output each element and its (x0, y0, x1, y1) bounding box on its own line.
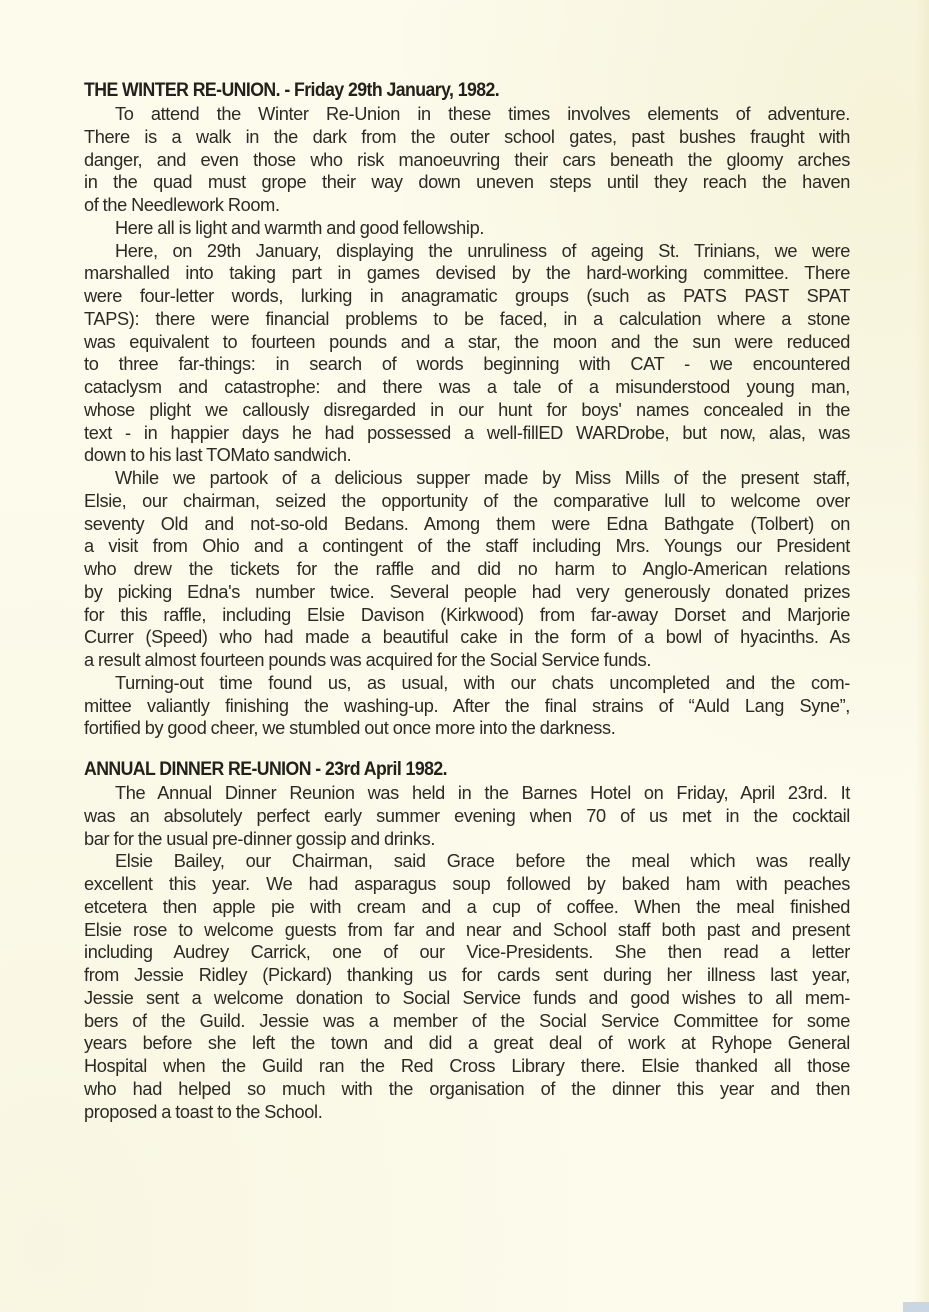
paragraph: Here, on 29th January, displaying the un… (84, 240, 850, 468)
text-line: To attend the Winter Re-Union in these t… (84, 103, 850, 126)
text-line: bar for the usual pre-dinner gossip and … (84, 828, 850, 851)
text-line: text - in happier days he had possessed … (84, 422, 850, 445)
text-line: excellent this year. We had asparagus so… (84, 873, 850, 896)
article-section: ANNUAL DINNER RE-UNION - 23rd April 1982… (84, 758, 850, 1123)
page-edge-shadow (915, 0, 929, 1312)
text-line: Elsie rose to welcome guests from far an… (84, 919, 850, 942)
text-line: who drew the tickets for the raffle and … (84, 558, 850, 581)
text-line: to three far-things: in search of words … (84, 353, 850, 376)
text-line: from Jessie Ridley (Pickard) thanking us… (84, 964, 850, 987)
text-line: years before she left the town and did a… (84, 1032, 850, 1055)
text-line: was equivalent to fourteen pounds and a … (84, 331, 850, 354)
text-line: The Annual Dinner Reunion was held in th… (84, 782, 850, 805)
text-line: Here all is light and warmth and good fe… (84, 217, 850, 240)
text-line: While we partook of a delicious supper m… (84, 467, 850, 490)
text-line: including Audrey Carrick, one of our Vic… (84, 941, 850, 964)
scanned-page: THE WINTER RE-UNION. - Friday 29th Janua… (0, 0, 929, 1312)
paragraph: The Annual Dinner Reunion was held in th… (84, 782, 850, 850)
text-line: seventy Old and not-so-old Bedans. Among… (84, 513, 850, 536)
text-line: down to his last TOMato sandwich. (84, 444, 850, 467)
section-heading: THE WINTER RE-UNION. - Friday 29th Janua… (84, 79, 796, 103)
text-line: Turning-out time found us, as usual, wit… (84, 672, 850, 695)
document-body: THE WINTER RE-UNION. - Friday 29th Janua… (84, 79, 850, 1123)
section-heading: ANNUAL DINNER RE-UNION - 23rd April 1982… (84, 758, 796, 782)
paragraph: Elsie Bailey, our Chairman, said Grace b… (84, 850, 850, 1123)
article-section: THE WINTER RE-UNION. - Friday 29th Janua… (84, 79, 850, 740)
text-line: for this raffle, including Elsie Davison… (84, 604, 850, 627)
text-line: Hospital when the Guild ran the Red Cros… (84, 1055, 850, 1078)
paragraph: To attend the Winter Re-Union in these t… (84, 103, 850, 217)
text-line: Elsie Bailey, our Chairman, said Grace b… (84, 850, 850, 873)
text-line: who had helped so much with the organisa… (84, 1078, 850, 1101)
text-line: Currer (Speed) who had made a beautiful … (84, 626, 850, 649)
text-line: whose plight we callously disregarded in… (84, 399, 850, 422)
text-line: danger, and even those who risk manoeuvr… (84, 149, 850, 172)
paragraph: While we partook of a delicious supper m… (84, 467, 850, 672)
text-line: etcetera then apple pie with cream and a… (84, 896, 850, 919)
text-line: fortified by good cheer, we stumbled out… (84, 717, 850, 740)
text-line: bers of the Guild. Jessie was a member o… (84, 1010, 850, 1033)
text-line: in the quad must grope their way down un… (84, 171, 850, 194)
text-line: were four-letter words, lurking in anagr… (84, 285, 850, 308)
text-line: There is a walk in the dark from the out… (84, 126, 850, 149)
text-line: of the Needlework Room. (84, 194, 850, 217)
text-line: by picking Edna's number twice. Several … (84, 581, 850, 604)
text-line: Jessie sent a welcome donation to Social… (84, 987, 850, 1010)
text-line: Elsie, our chairman, seized the opportun… (84, 490, 850, 513)
text-line: TAPS): there were financial problems to … (84, 308, 850, 331)
text-line: proposed a toast to the School. (84, 1101, 850, 1124)
text-line: a result almost fourteen pounds was acqu… (84, 649, 850, 672)
text-line: was an absolutely perfect early summer e… (84, 805, 850, 828)
text-line: cataclysm and catastrophe: and there was… (84, 376, 850, 399)
corner-tab (903, 1302, 929, 1312)
text-line: Here, on 29th January, displaying the un… (84, 240, 850, 263)
paragraph: Here all is light and warmth and good fe… (84, 217, 850, 240)
text-line: mittee valiantly finishing the washing-u… (84, 695, 850, 718)
paragraph: Turning-out time found us, as usual, wit… (84, 672, 850, 740)
text-line: a visit from Ohio and a contingent of th… (84, 535, 850, 558)
text-line: marshalled into taking part in games dev… (84, 262, 850, 285)
